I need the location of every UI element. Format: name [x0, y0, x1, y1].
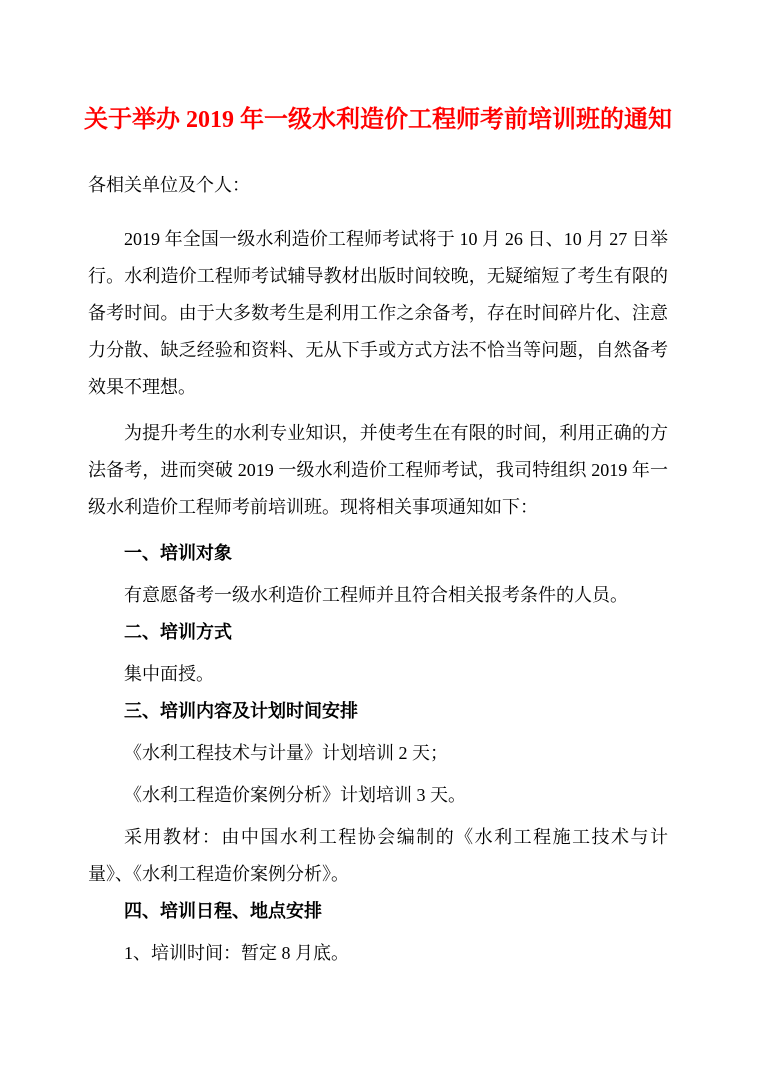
document-page: 关于举办 2019 年一级水利造价工程师考前培训班的通知 各相关单位及个人： 2… — [0, 0, 761, 1075]
section-line: 采用教材：由中国水利工程协会编制的《水利工程施工技术与计量》、《水利工程造价案例… — [88, 819, 668, 893]
intro-paragraph-1: 2019 年全国一级水利造价工程师考试将于 10 月 26 日、10 月 27 … — [88, 221, 668, 406]
section-line: 有意愿备考一级水利造价工程师并且符合相关报考条件的人员。 — [88, 577, 668, 614]
section-heading-3: 三、培训内容及计划时间安排 — [88, 693, 668, 730]
document-title: 关于举办 2019 年一级水利造价工程师考前培训班的通知 — [78, 104, 678, 136]
section-line: 《水利工程技术与计量》计划培训 2 天； — [88, 735, 668, 772]
section-heading-2: 二、培训方式 — [88, 614, 668, 651]
section-training-content: 三、培训内容及计划时间安排 《水利工程技术与计量》计划培训 2 天； 《水利工程… — [88, 693, 668, 893]
section-line: 1、培训时间：暂定 8 月底。 — [88, 935, 668, 972]
section-training-schedule: 四、培训日程、地点安排 1、培训时间：暂定 8 月底。 — [88, 893, 668, 972]
section-training-method: 二、培训方式 集中面授。 — [88, 614, 668, 693]
section-line: 集中面授。 — [88, 656, 668, 693]
section-line: 《水利工程造价案例分析》计划培训 3 天。 — [88, 777, 668, 814]
section-heading-4: 四、培训日程、地点安排 — [88, 893, 668, 930]
section-training-target: 一、培训对象 有意愿备考一级水利造价工程师并且符合相关报考条件的人员。 — [88, 535, 668, 614]
intro-paragraph-2: 为提升考生的水利专业知识，并使考生在有限的时间，利用正确的方法备考，进而突破 2… — [88, 415, 668, 526]
section-heading-1: 一、培训对象 — [88, 535, 668, 572]
salutation: 各相关单位及个人： — [88, 167, 668, 204]
